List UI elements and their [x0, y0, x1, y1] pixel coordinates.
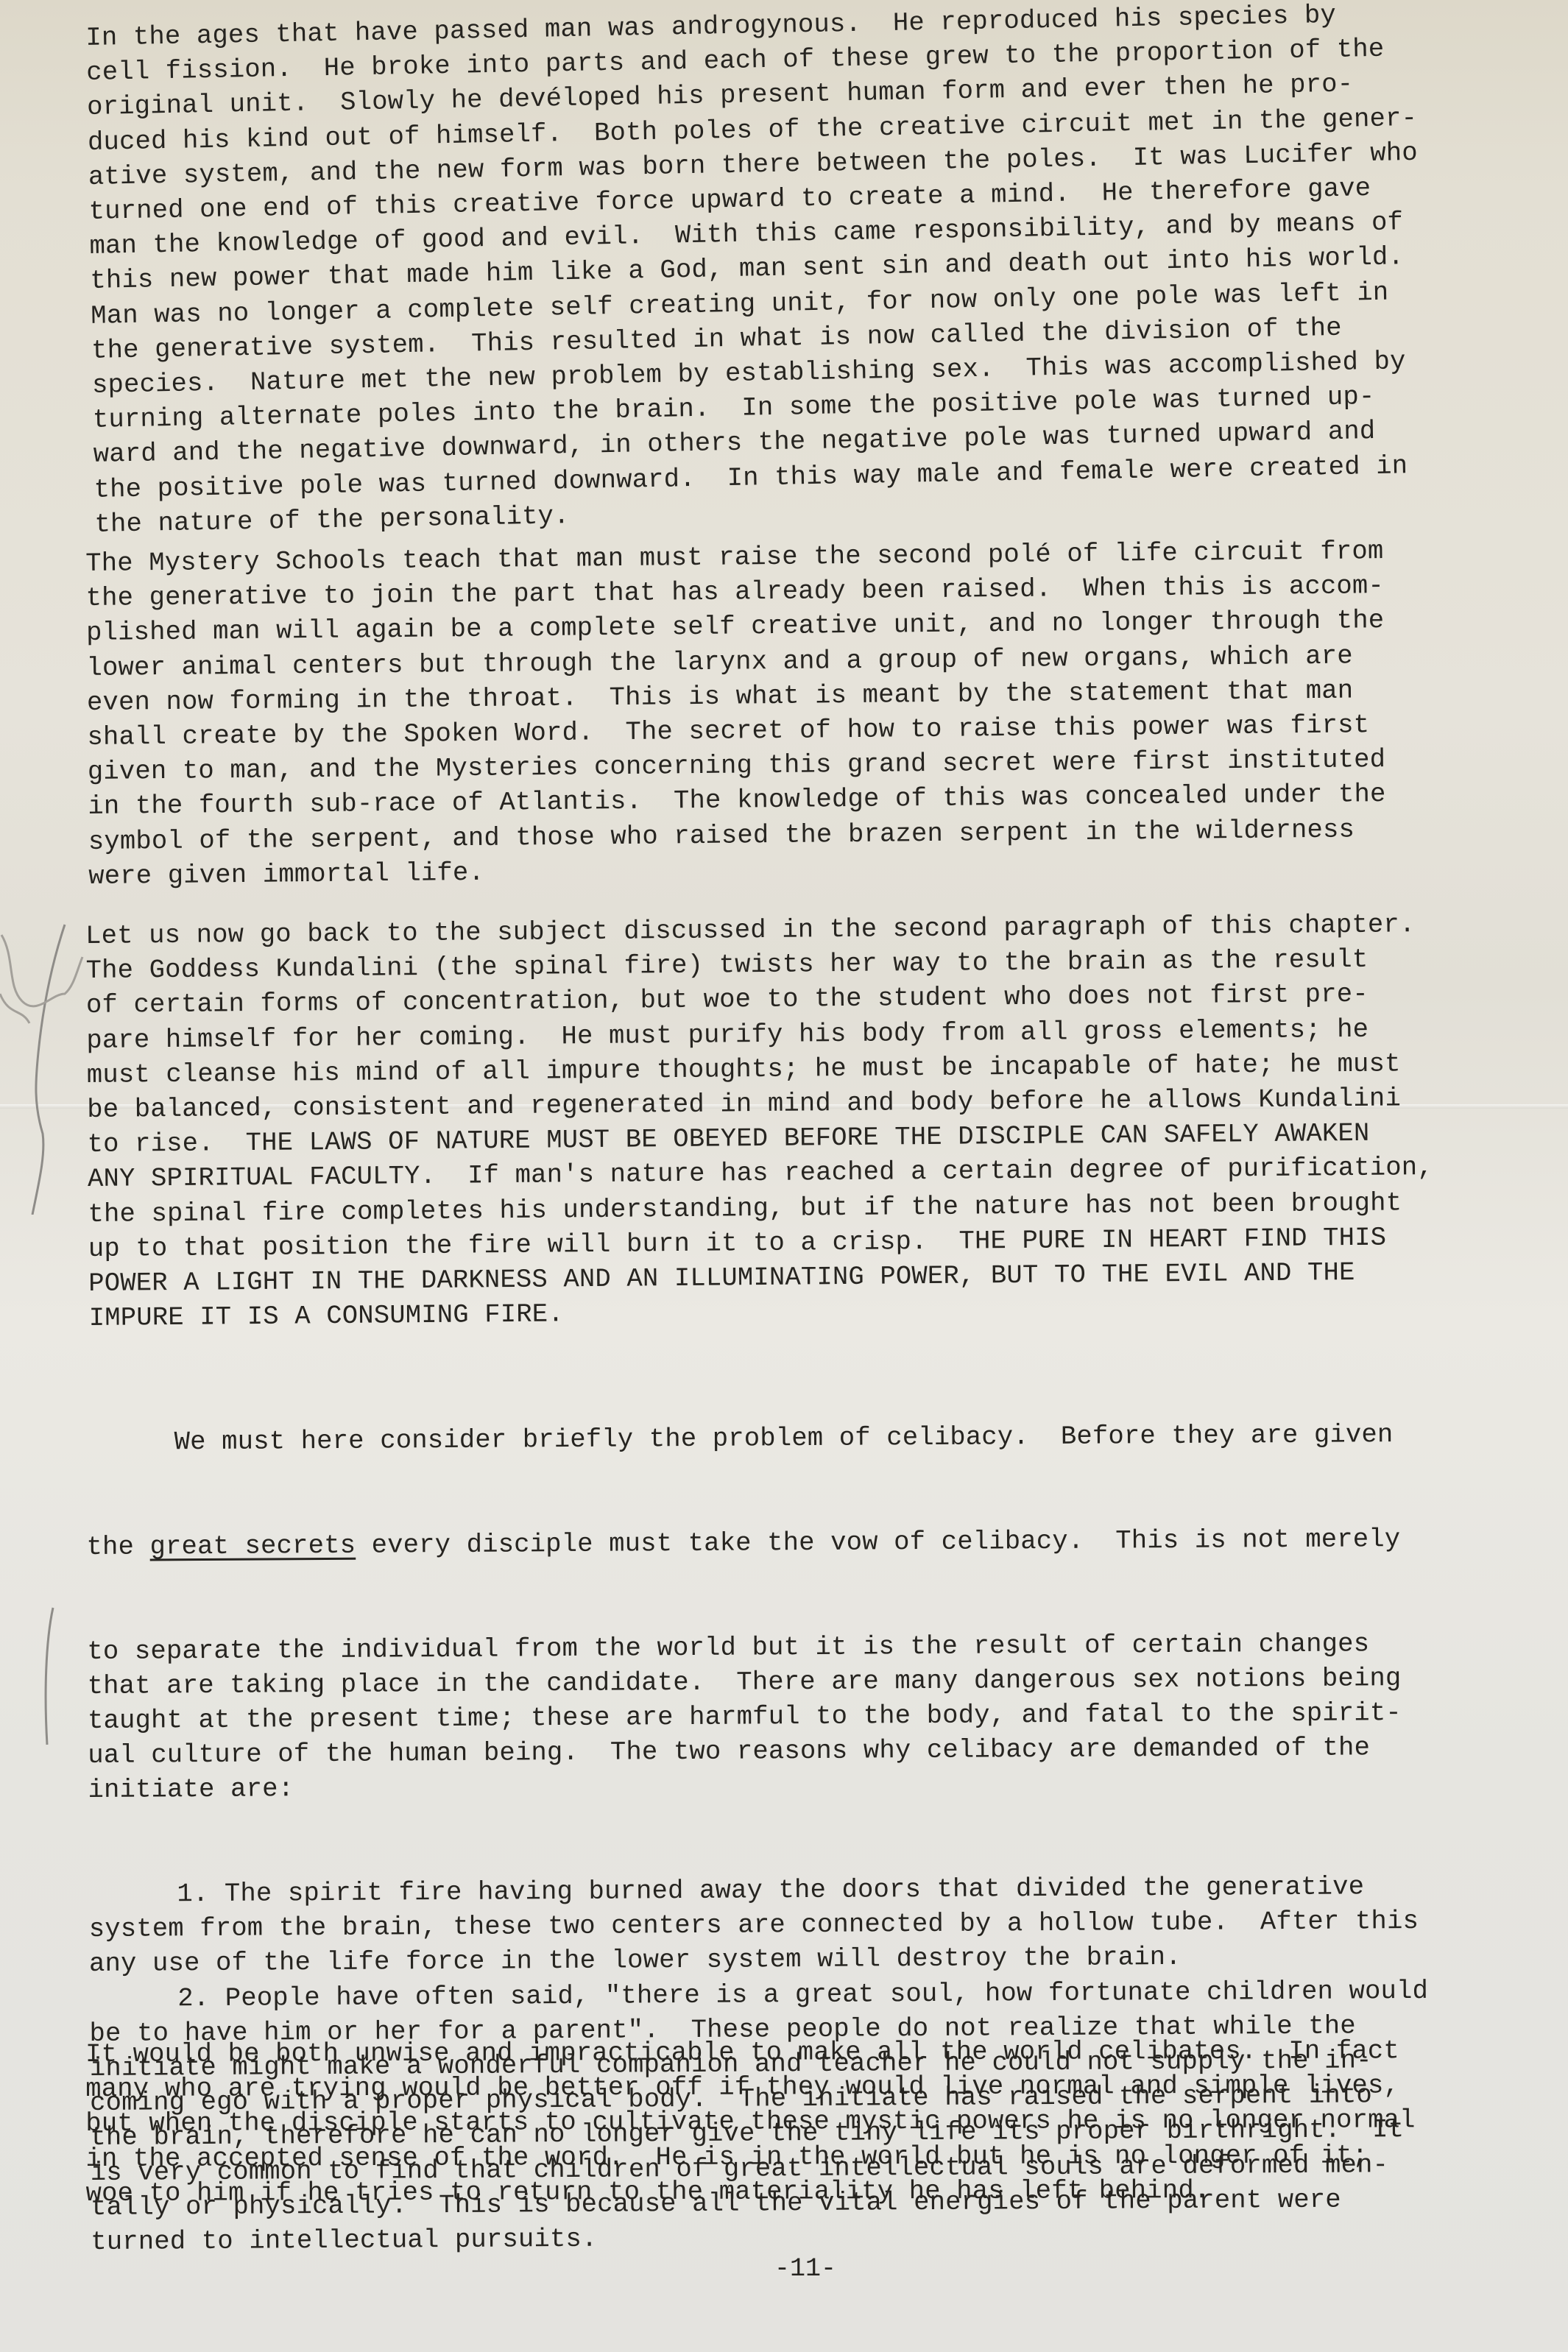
text-fragment: the [86, 1531, 149, 1562]
pencil-bracket-icon [37, 1605, 66, 1752]
paragraph-kundalini: Let us now go back to the subject discus… [85, 906, 1532, 1336]
text-line: the great secrets every disciple must ta… [86, 1521, 1529, 1564]
text-line: many who are trying would be better off … [85, 2068, 1528, 2106]
paragraph-conclusion: It would be both unwise and impracticabl… [85, 2033, 1529, 2211]
text-fragment: every disciple must take the vow of celi… [356, 1524, 1400, 1561]
pencil-scribble-icon [0, 905, 88, 1215]
text-line: woe to him if he tries to return to the … [85, 2172, 1528, 2211]
page-number: -11- [774, 2254, 836, 2284]
text-line: We must here consider briefly the proble… [86, 1416, 1529, 1460]
typewritten-page: In the ages that have passed man was and… [0, 0, 1568, 2352]
paragraph-androgynous: In the ages that have passed man was and… [85, 0, 1538, 542]
underlined-phrase: great secrets [149, 1530, 356, 1562]
text-line: in the accepted sense of the word. He is… [85, 2137, 1528, 2175]
text-line: It would be both unwise and impracticabl… [85, 2033, 1528, 2072]
text-line: but when the disciple starts to cultivat… [85, 2102, 1528, 2141]
paragraph-lines: to separate the individual from the worl… [87, 1601, 1530, 1840]
paragraph-mystery-schools: The Mystery Schools teach that man must … [85, 532, 1531, 894]
